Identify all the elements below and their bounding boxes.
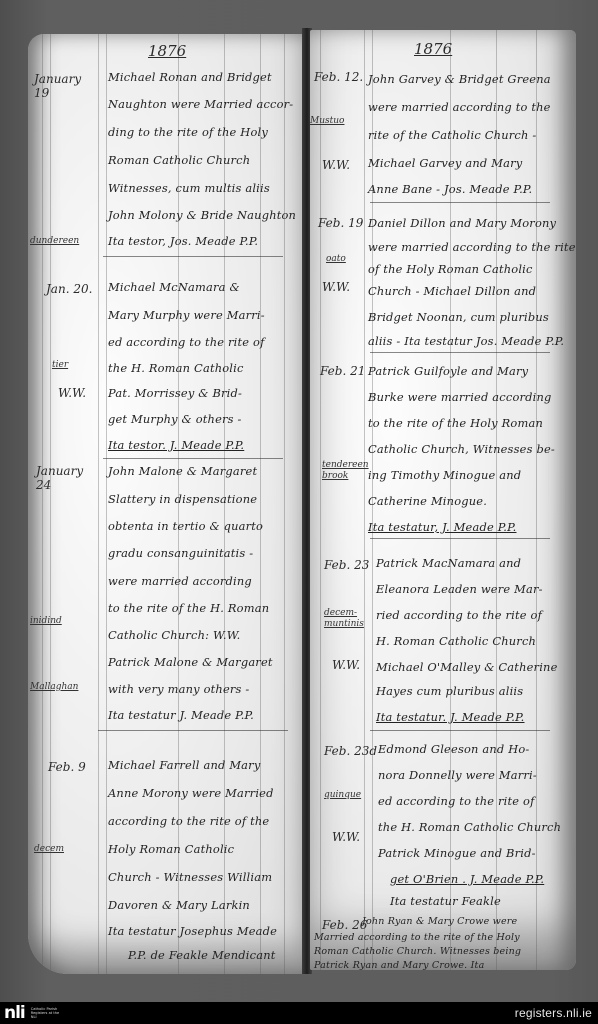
entry-date: Jan. 20. [46, 282, 92, 296]
entry-date: Feb. 19 [318, 216, 363, 230]
entry-line: get O'Brien . J. Meade P.P. [390, 872, 544, 886]
entry-line: ried according to the rite of [376, 608, 542, 622]
entry-line: Hayes cum pluribus aliis [376, 684, 523, 698]
margin-note: decem [34, 844, 64, 854]
entry-line: obtenta in tertio & quarto [108, 519, 263, 533]
entry-line: Ita testatur Feakle [390, 894, 501, 908]
entry-line: Witnesses, cum multis aliis [108, 181, 270, 195]
entry-line: Anne Bane - Jos. Meade P.P. [368, 182, 532, 196]
entry-line: aliis - Ita testatur Jos. Meade P.P. [368, 334, 564, 348]
entry-date: Feb. 23d [324, 744, 377, 758]
margin-note: tier [52, 360, 68, 370]
entry-line: John Malone & Margaret [108, 464, 257, 478]
footer-bar: nli Catholic Parish Registers at the NLI… [0, 1002, 598, 1024]
entry-line: John Ryan & Mary Crowe were [362, 916, 517, 927]
entry-line: Michael McNamara & [108, 280, 240, 294]
entry-line: according to the rite of the [108, 814, 269, 828]
nli-logo-icon: nli [4, 1005, 25, 1022]
entry-line: Patrick Minogue and Brid- [378, 846, 536, 860]
entry-line: Anne Morony were Married [108, 786, 274, 800]
logo-caption: Catholic Parish Registers at the NLI [31, 1007, 61, 1020]
entry-line: Mary Murphy were Marri- [108, 308, 265, 322]
entry-line: Burke were married according [368, 390, 552, 404]
entry-line: Michael Ronan and Bridget [108, 70, 272, 84]
entry-line: Bridget Noonan, cum pluribus [368, 310, 549, 324]
entry-line: Church - Michael Dillon and [368, 284, 536, 298]
entry-line: ed according to the rite of [378, 794, 535, 808]
entry-line: were married according [108, 574, 252, 588]
entry-date: Feb. 26 [322, 918, 367, 932]
entry-line: were married according to the rite [368, 240, 576, 254]
entry-line: get Murphy & others - [108, 412, 242, 426]
witness-label: W.W. [322, 158, 350, 172]
witness-label: W.W. [58, 386, 86, 400]
entry-line: Catherine Minogue. [368, 494, 487, 508]
entry-line: Ita testatur. J. Meade P.P. [376, 710, 525, 724]
entry-date: Feb. 21 [320, 364, 365, 378]
entry-line: Catholic Church: W.W. [108, 628, 240, 642]
entry-line: Patrick Ryan and Mary Crowe. Ita [314, 960, 484, 970]
entry-line: Michael O'Malley & Catherine [376, 660, 558, 674]
entry-line: Eleanora Leaden were Mar- [376, 582, 543, 596]
entry-line: Ita testatur, J. Meade P.P. [368, 520, 517, 534]
margin-note: oato [326, 254, 346, 264]
entry-line: Edmond Gleeson and Ho- [378, 742, 529, 756]
entry-line: Ita testatur Josephus Meade [108, 924, 277, 938]
margin-note: Mustuo [310, 116, 344, 126]
entry-line: Naughton were Married accor- [108, 97, 293, 111]
entry-line: Daniel Dillon and Mary Morony [368, 216, 556, 230]
margin-note: tendereen brook [322, 460, 369, 482]
entry-line: Roman Catholic Church [108, 153, 250, 167]
entry-line: Michael Farrell and Mary [108, 758, 260, 772]
right-page: 1876 Feb. 12. Mustuo W.W. John Garvey & … [310, 30, 576, 970]
witness-label: W.W. [322, 280, 350, 294]
entry-line: John Molony & Bride Naughton [108, 208, 296, 222]
page-year: 1876 [414, 40, 452, 58]
entry-line: Ita testor. J. Meade P.P. [108, 438, 244, 452]
nli-logo[interactable]: nli Catholic Parish Registers at the NLI [4, 1005, 61, 1022]
entry-date: January 24 [36, 464, 83, 492]
entry-line: Ita testor, Jos. Meade P.P. [108, 234, 258, 248]
margin-note: Mallaghan [30, 682, 78, 692]
margin-note: decem- muntinis [324, 608, 364, 630]
entry-line: Patrick MacNamara and [376, 556, 521, 570]
entry-line: rite of the Catholic Church - [368, 128, 536, 142]
image-viewer[interactable]: 1876 January 19 dundereen Michael Ronan … [0, 0, 598, 1002]
entry-line: Married according to the rite of the Hol… [314, 932, 520, 943]
witness-label: W.W. [332, 830, 360, 844]
entry-line: of the Holy Roman Catholic [368, 262, 533, 276]
entry-line: P.P. de Feakle Mendicant [128, 948, 276, 962]
entry-line: Ita testatur J. Meade P.P. [108, 708, 254, 722]
entry-date: Feb. 12. [314, 70, 363, 84]
entry-line: gradu consanguinitatis - [108, 546, 253, 560]
page-year: 1876 [148, 42, 186, 60]
entry-date: Feb. 9 [48, 760, 86, 774]
witness-label: W.W. [332, 658, 360, 672]
entry-line: Slattery in dispensatione [108, 492, 257, 506]
entry-line: Holy Roman Catholic [108, 842, 234, 856]
entry-line: Patrick Malone & Margaret [108, 655, 273, 669]
entry-line: H. Roman Catholic Church [376, 634, 536, 648]
entry-line: Roman Catholic Church. Witnesses being [314, 946, 521, 957]
entry-line: Patrick Guilfoyle and Mary [368, 364, 528, 378]
margin-note: dundereen [30, 236, 79, 246]
entry-line: Davoren & Mary Larkin [108, 898, 250, 912]
entry-line: Church - Witnesses William [108, 870, 272, 884]
left-page: 1876 January 19 dundereen Michael Ronan … [28, 34, 304, 974]
entry-line: John Garvey & Bridget Greena [368, 72, 551, 86]
margin-note: quinque [324, 790, 361, 800]
entry-line: ing Timothy Minogue and [368, 468, 521, 482]
entry-line: to the rite of the Holy Roman [368, 416, 543, 430]
entry-line: the H. Roman Catholic [108, 361, 244, 375]
register-scan: 1876 January 19 dundereen Michael Ronan … [28, 34, 584, 974]
entry-line: with very many others - [108, 682, 249, 696]
entry-line: Pat. Morrissey & Brid- [108, 386, 242, 400]
entry-date: January 19 [34, 72, 81, 100]
entry-line: to the rite of the H. Roman [108, 601, 269, 615]
entry-line: were married according to the [368, 100, 551, 114]
margin-note: inidind [30, 616, 62, 626]
entry-date: Feb. 23 [324, 558, 369, 572]
site-link[interactable]: registers.nli.ie [515, 1006, 592, 1020]
entry-line: ed according to the rite of [108, 335, 265, 349]
entry-line: Michael Garvey and Mary [368, 156, 522, 170]
entry-line: ding to the rite of the Holy [108, 125, 268, 139]
entry-line: Catholic Church, Witnesses be- [368, 442, 555, 456]
entry-line: the H. Roman Catholic Church [378, 820, 561, 834]
entry-line: nora Donnelly were Marri- [378, 768, 537, 782]
